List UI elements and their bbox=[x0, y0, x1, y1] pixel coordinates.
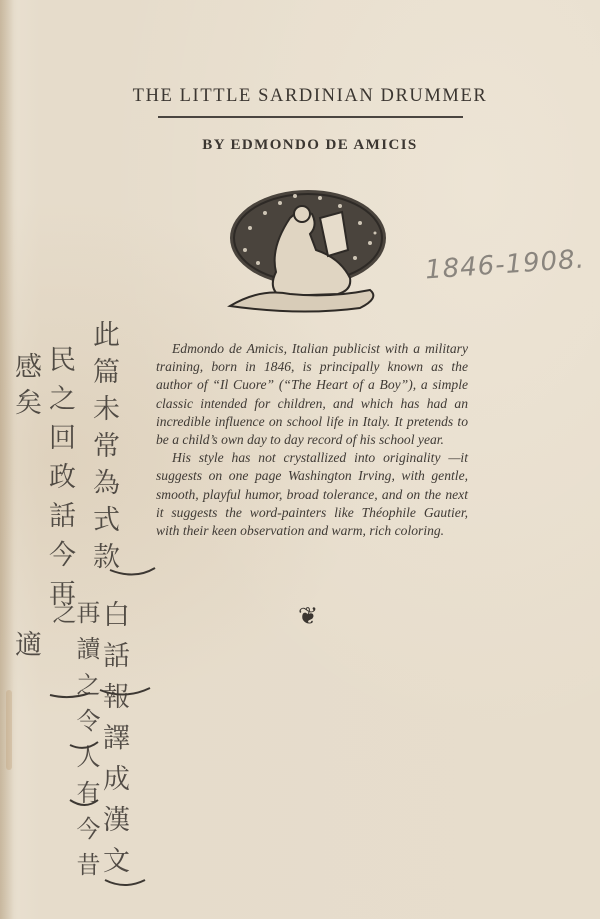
pencil-date-annotation: 1846-1908. bbox=[424, 244, 586, 285]
handwritten-note-column-2: 民之回政話今再 bbox=[46, 345, 73, 618]
handwritten-note-column-1: 此篇未常為式款 bbox=[90, 320, 117, 579]
paragraph-1: Edmondo de Amicis, Italian publicist wit… bbox=[156, 340, 468, 449]
ornament-fleuron: ❦ bbox=[298, 602, 318, 630]
handwritten-note-column-6: 適 bbox=[12, 630, 39, 666]
handwritten-note-column-4: 白話報譯成漢文 bbox=[100, 600, 127, 887]
title-rule bbox=[158, 116, 463, 118]
handwritten-note-column-5: 再讀之令人有今昔之 bbox=[50, 600, 98, 919]
paper-stain bbox=[6, 690, 12, 770]
paragraph-2: His style has not crystallized into orig… bbox=[156, 449, 468, 540]
page-title: THE LITTLE SARDINIAN DRUMMER bbox=[0, 86, 600, 107]
author-byline: BY EDMONDO DE AMICIS bbox=[0, 137, 600, 154]
handwritten-note-column-3: 感矣 bbox=[12, 352, 39, 424]
woodcut-illustration bbox=[220, 178, 390, 318]
introduction-text: Edmondo de Amicis, Italian publicist wit… bbox=[156, 340, 468, 540]
